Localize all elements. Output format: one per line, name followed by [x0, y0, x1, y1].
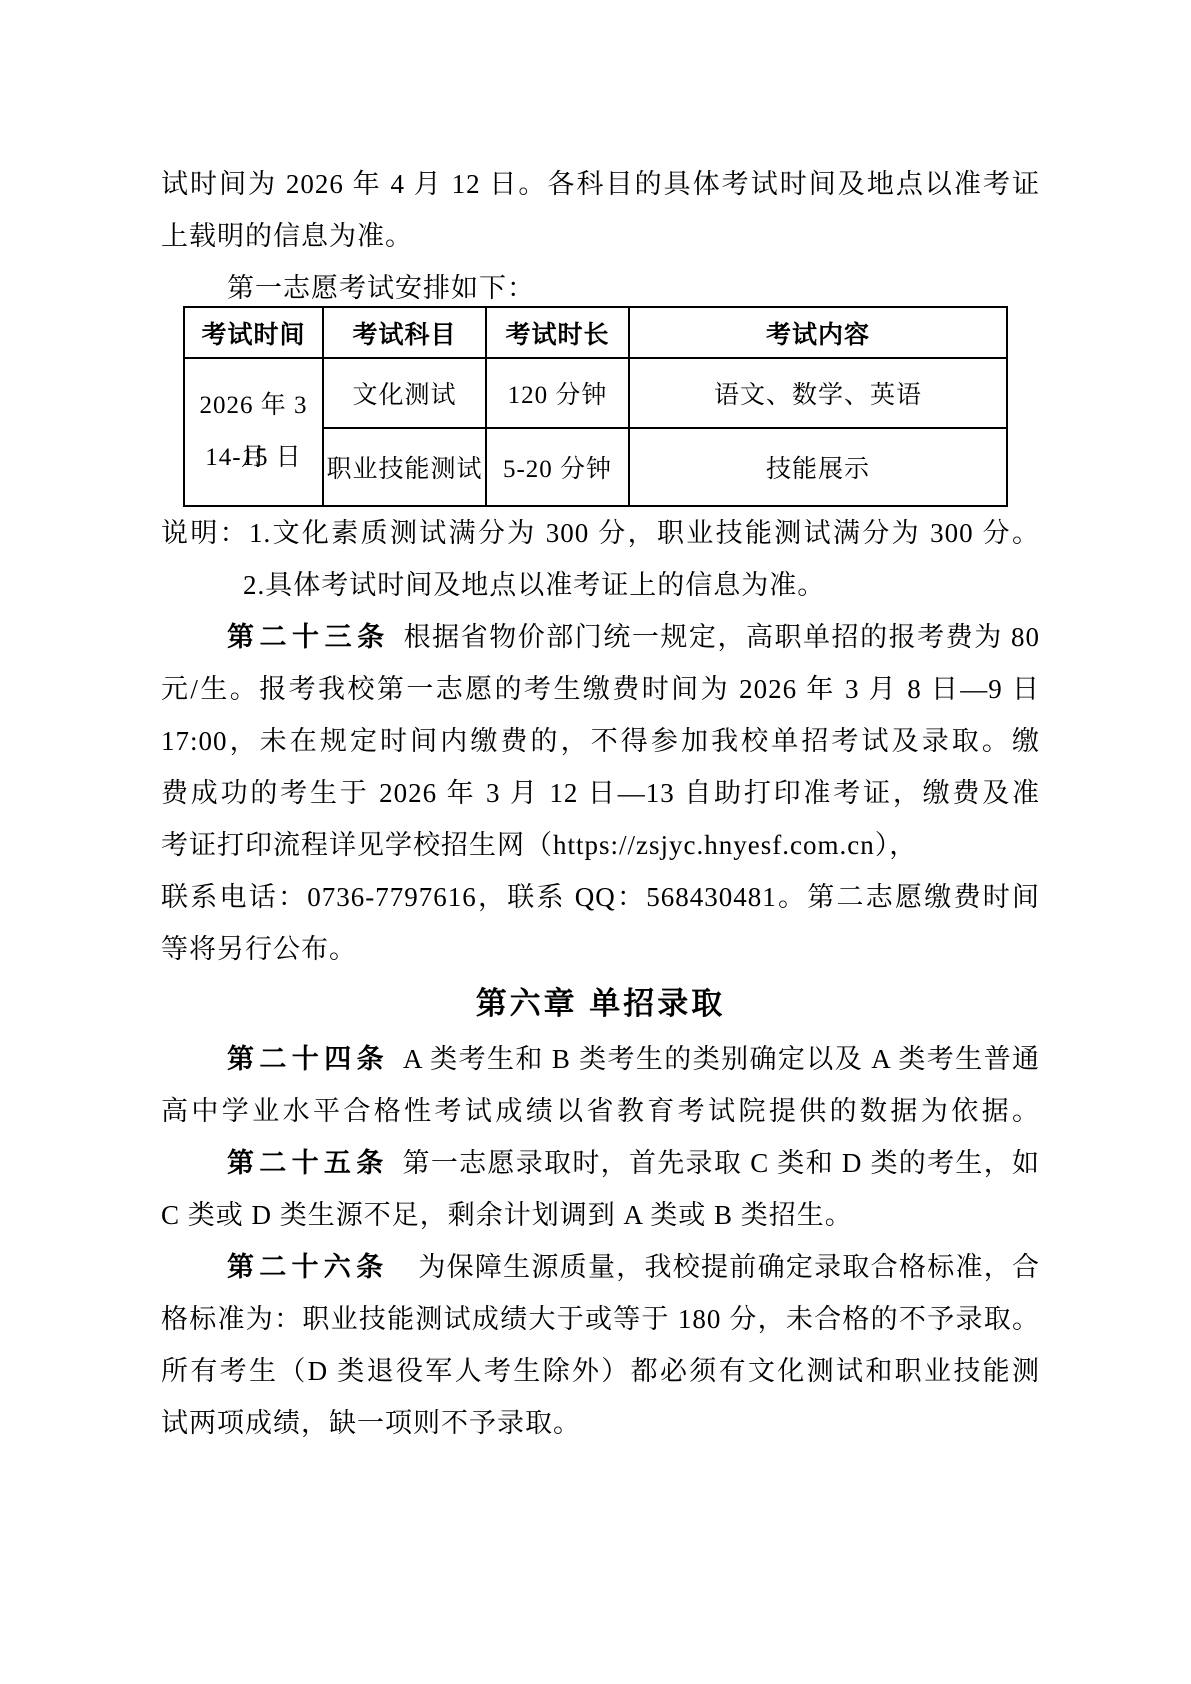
exam-table-body: 2026 年 3 月 14-15 日 文化测试 120 分钟 语文、数学、英语 … — [184, 358, 1007, 506]
article-number: 第二十三条 — [227, 622, 390, 652]
article-number: 第二十五条 — [227, 1148, 389, 1178]
article-number: 第二十四条 — [227, 1044, 389, 1074]
chapter-heading: 第六章 单招录取 — [161, 975, 1040, 1033]
body-line: 上载明的信息为准。 — [161, 210, 1040, 262]
article-first-line: 第二十四条A 类考生和 B 类考生的类别确定以及 A 类考生普通 — [161, 1033, 1040, 1085]
body-line: 联系电话：0736-7797616，联系 QQ：568430481。第二志愿缴费… — [161, 871, 1040, 923]
article-first-line: 第二十五条第一志愿录取时，首先录取 C 类和 D 类的考生，如 — [161, 1137, 1040, 1189]
note-line: 说明：1.文化素质测试满分为 300 分，职业技能测试满分为 300 分。 — [161, 507, 1040, 559]
exam-date-line: 2026 年 3 月 — [185, 380, 322, 432]
article-text: 为保障生源质量，我校提前确定录取合格标准，合 — [388, 1252, 1040, 1282]
cell-subject: 职业技能测试 — [323, 428, 486, 506]
body-line: 格标准为：职业技能测试成绩大于或等于 180 分，未合格的不予录取。 — [161, 1293, 1040, 1345]
body-line-with-url: 考证打印流程详见学校招生网（https://zsjyc.hnyesf.com.c… — [161, 819, 1040, 871]
cell-subject: 文化测试 — [323, 358, 486, 428]
body-line: 17:00，未在规定时间内缴费的，不得参加我校单招考试及录取。缴 — [161, 715, 1040, 767]
cell-content: 技能展示 — [629, 428, 1007, 506]
article-number: 第二十六条 — [227, 1252, 388, 1282]
body-line: 试两项成绩，缺一项则不予录取。 — [161, 1397, 1040, 1449]
cell-duration: 120 分钟 — [486, 358, 629, 428]
article-first-line: 第二十六条为保障生源质量，我校提前确定录取合格标准，合 — [161, 1241, 1040, 1293]
body-line: 元/生。报考我校第一志愿的考生缴费时间为 2026 年 3 月 8 日—9 日 — [161, 663, 1040, 715]
cell-exam-time: 2026 年 3 月 14-15 日 — [184, 358, 323, 506]
exam-date-line: 14-15 日 — [185, 432, 322, 484]
article-text: 根据省物价部门统一规定，高职单招的报考费为 80 — [390, 622, 1040, 652]
header-exam-content: 考试内容 — [629, 307, 1007, 358]
exam-table-header: 考试时间 考试科目 考试时长 考试内容 — [184, 307, 1007, 358]
header-exam-time: 考试时间 — [184, 307, 323, 358]
table-header-row: 考试时间 考试科目 考试时长 考试内容 — [184, 307, 1007, 358]
exam-schedule-table: 考试时间 考试科目 考试时长 考试内容 2026 年 3 月 14-15 日 文… — [183, 306, 1008, 507]
body-line: 试时间为 2026 年 4 月 12 日。各科目的具体考试时间及地点以准考证 — [161, 158, 1040, 210]
body-line: 等将另行公布。 — [161, 923, 1040, 975]
article-first-line: 第二十三条根据省物价部门统一规定，高职单招的报考费为 80 — [161, 611, 1040, 663]
body-line: 高中学业水平合格性考试成绩以省教育考试院提供的数据为依据。 — [161, 1085, 1040, 1137]
document-content: 试时间为 2026 年 4 月 12 日。各科目的具体考试时间及地点以准考证 上… — [161, 158, 1040, 1449]
article-text: A 类考生和 B 类考生的类别确定以及 A 类考生普通 — [389, 1044, 1040, 1074]
cell-duration: 5-20 分钟 — [486, 428, 629, 506]
body-line: C 类或 D 类生源不足，剩余计划调到 A 类或 B 类招生。 — [161, 1189, 1040, 1241]
table-row: 2026 年 3 月 14-15 日 文化测试 120 分钟 语文、数学、英语 — [184, 358, 1007, 428]
body-line: 费成功的考生于 2026 年 3 月 12 日—13 自助打印准考证，缴费及准 — [161, 767, 1040, 819]
header-exam-subject: 考试科目 — [323, 307, 486, 358]
cell-content: 语文、数学、英语 — [629, 358, 1007, 428]
document-page: 试时间为 2026 年 4 月 12 日。各科目的具体考试时间及地点以准考证 上… — [0, 0, 1191, 1684]
body-line: 所有考生（D 类退役军人考生除外）都必须有文化测试和职业技能测 — [161, 1345, 1040, 1397]
article-text: 第一志愿录取时，首先录取 C 类和 D 类的考生，如 — [389, 1148, 1040, 1178]
note-line: 2.具体考试时间及地点以准考证上的信息为准。 — [161, 559, 1040, 611]
header-exam-duration: 考试时长 — [486, 307, 629, 358]
